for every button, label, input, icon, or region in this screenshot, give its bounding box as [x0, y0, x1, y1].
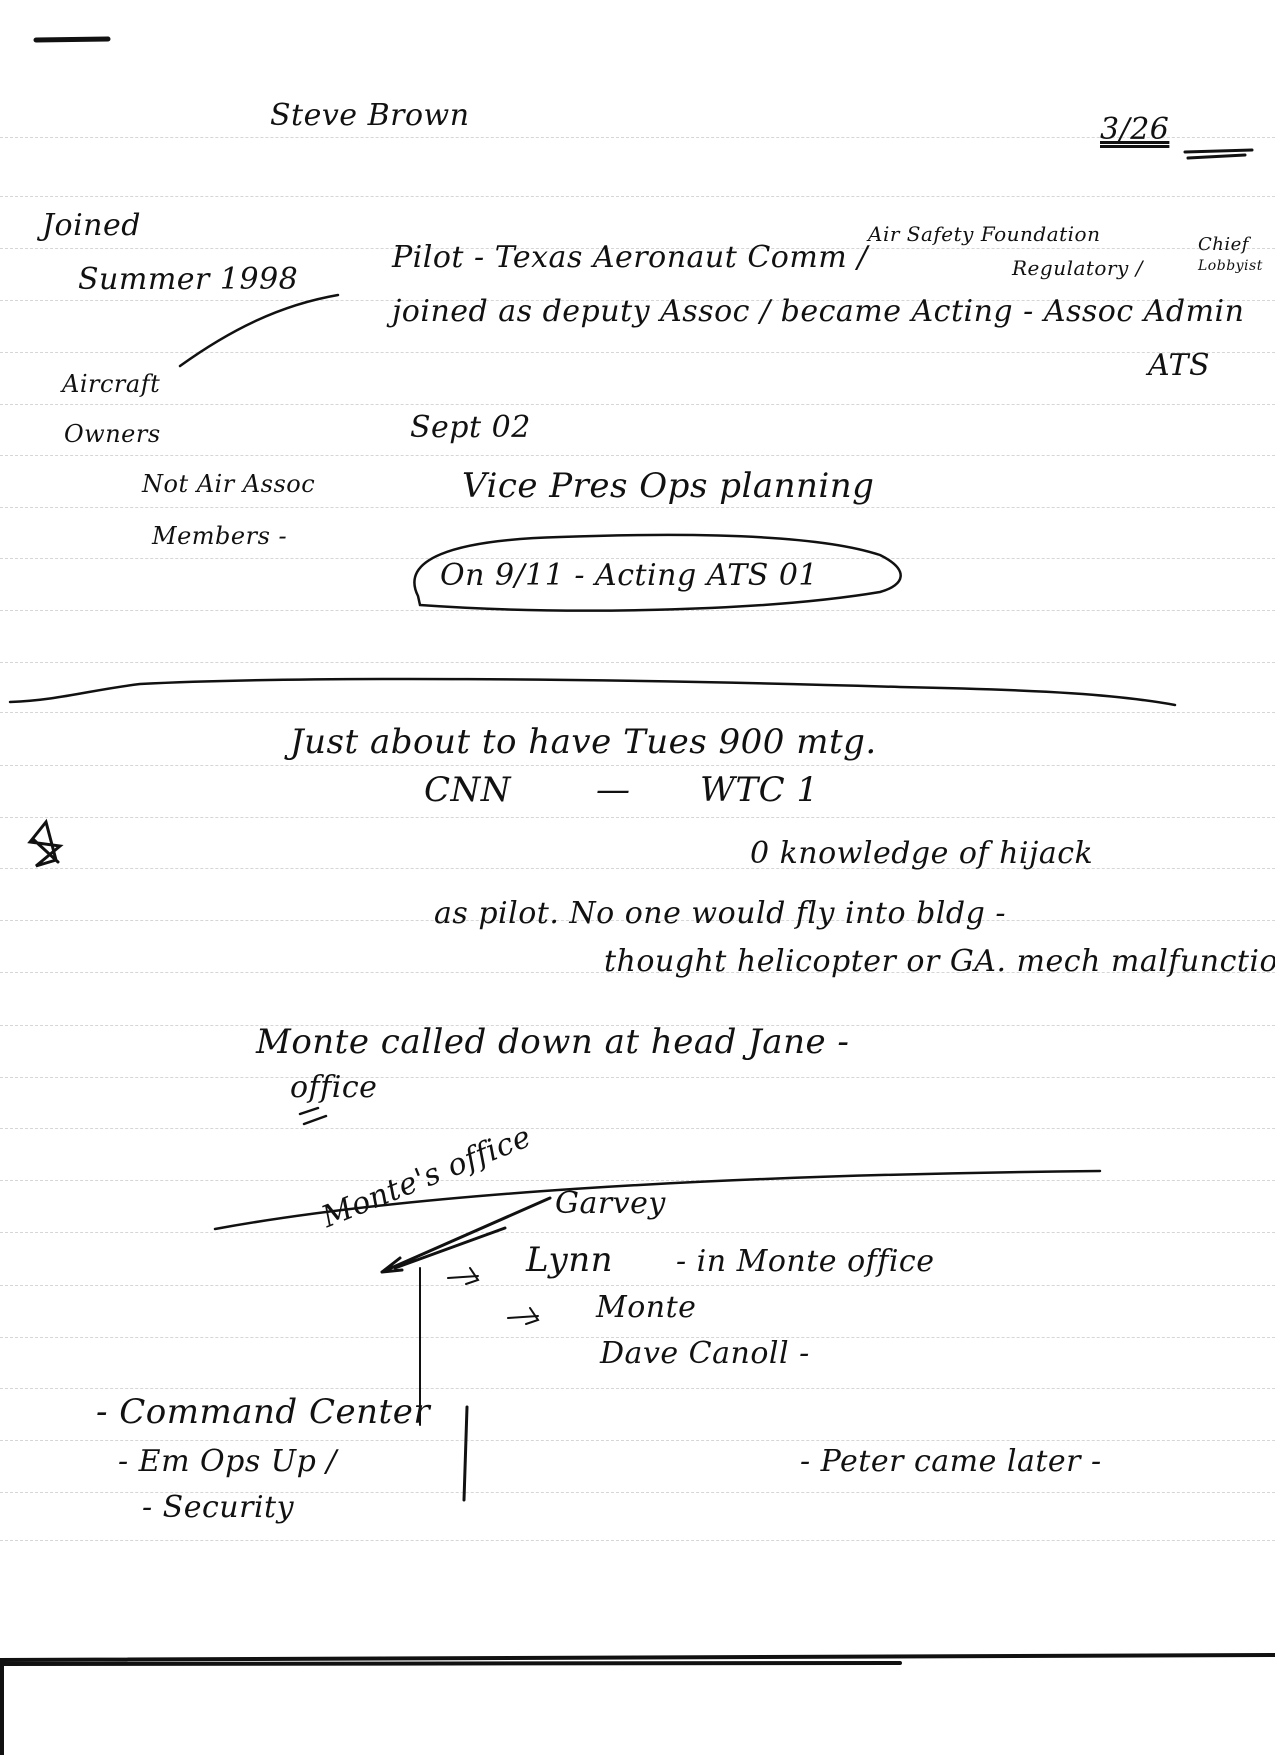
lobbyist-label: Lobbyist [1198, 258, 1263, 274]
ruled-line [0, 1440, 1275, 1441]
air-safety-foundation: Air Safety Foundation [868, 222, 1100, 246]
regulatory-label: Regulatory / [1012, 256, 1143, 280]
peter-note: - Peter came later - [800, 1444, 1102, 1479]
ruled-line [0, 455, 1275, 456]
ruled-line [0, 817, 1275, 818]
vice-pres-label: Vice Pres Ops planning [462, 466, 874, 506]
chief-label: Chief [1198, 234, 1249, 255]
career-line-1: Pilot - Texas Aeronaut Comm / [392, 240, 868, 275]
cnn-label: CNN [424, 770, 511, 810]
garvey-label: Garvey [555, 1186, 666, 1221]
person-name: Steve Brown [270, 98, 470, 133]
members-label: Members - [152, 522, 287, 550]
not-air-assoc: Not Air Assoc [142, 470, 315, 498]
ruled-line [0, 1285, 1275, 1286]
connector-line [180, 295, 338, 366]
ruled-line [0, 137, 1275, 138]
circled-note: On 9/11 - Acting ATS 01 [440, 558, 818, 593]
meeting-line: Just about to have Tues 900 mtg. [290, 722, 877, 762]
ruled-line [0, 507, 1275, 508]
pilot-line: as pilot. No one would fly into bldg - [434, 896, 1006, 931]
office-underline [300, 1108, 326, 1124]
page-bottom-edge [0, 1655, 1275, 1664]
lynn-label: Lynn [526, 1240, 613, 1280]
dave-label: Dave Canoll - [600, 1336, 810, 1371]
ruled-line [0, 662, 1275, 663]
ruled-line [0, 1077, 1275, 1078]
ruled-line [0, 404, 1275, 405]
arrow-icon-monte [508, 1308, 538, 1324]
joined-label: Joined [42, 208, 141, 243]
office-label: office [290, 1070, 377, 1105]
career-line-2: joined as deputy Assoc / became Acting -… [392, 294, 1244, 329]
ruled-line [0, 352, 1275, 353]
section-divider-line [10, 679, 1175, 705]
ruled-line [0, 1388, 1275, 1389]
ats-label: ATS [1148, 348, 1210, 383]
dash-label: — [596, 770, 631, 810]
list-item-security: - Security [142, 1490, 294, 1525]
top-dash-mark [36, 39, 108, 40]
note-date: 3/26 [1100, 112, 1169, 147]
list-item-command-center: - Command Center [96, 1392, 430, 1432]
document-page: Steve Brown 3/26 Joined Summer 1998 Airc… [0, 0, 1275, 1755]
ruled-line [0, 1128, 1275, 1129]
wtc-label: WTC 1 [700, 770, 819, 810]
star-doodle-icon [30, 822, 60, 866]
joined-when: Summer 1998 [78, 262, 298, 297]
diagonal-arrow [382, 1198, 550, 1272]
ruled-line [0, 1232, 1275, 1233]
owners-label: Owners [64, 420, 161, 448]
ruled-line [0, 1540, 1275, 1541]
ruled-line [0, 765, 1275, 766]
ruled-line [0, 712, 1275, 713]
monte-office-diagonal: Monte's office [317, 1119, 536, 1235]
monte-label: Monte [596, 1290, 696, 1325]
arrow-icon-lynn [448, 1268, 478, 1284]
bracket-line [464, 1407, 467, 1500]
lynn-note: - in Monte office [676, 1244, 935, 1279]
list-item-em-ops: - Em Ops Up / [118, 1444, 337, 1479]
ruled-line [0, 196, 1275, 197]
aircraft-label: Aircraft [62, 370, 160, 398]
helicopter-line: thought helicopter or GA. mech malfuncti… [604, 944, 1275, 979]
ruled-line [0, 610, 1275, 611]
monte-called-line: Monte called down at head Jane - [256, 1022, 849, 1062]
sept-label: Sept 02 [410, 410, 531, 445]
date-underline [1185, 150, 1252, 158]
ruled-line [0, 1180, 1275, 1181]
knowledge-line: 0 knowledge of hijack [750, 836, 1093, 871]
